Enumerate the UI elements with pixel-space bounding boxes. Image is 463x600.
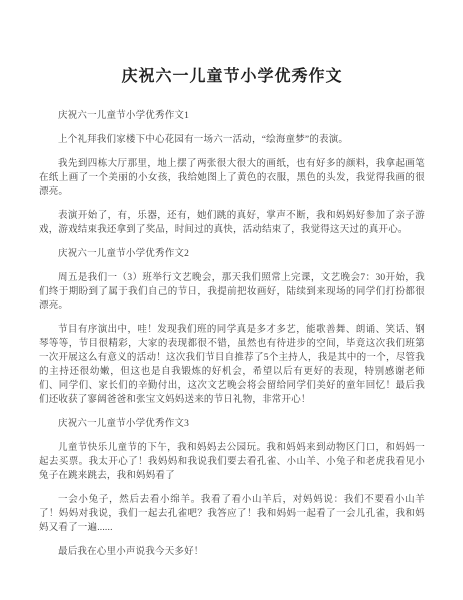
section-heading: 庆祝六一儿童节小学优秀作文3 [39, 417, 425, 431]
essay-section-2: 庆祝六一儿童节小学优秀作文2 周五是我们一（3）班举行文艺晚会，那天我们照常上完… [39, 247, 425, 407]
essay-section-3: 庆祝六一儿童节小学优秀作文3 儿童节快乐儿童节的下午，我和妈妈去公园玩。我和妈妈… [39, 417, 425, 559]
section-heading: 庆祝六一儿童节小学优秀作文1 [39, 109, 425, 123]
document-page: 庆祝六一儿童节小学优秀作文 庆祝六一儿童节小学优秀作文1 上个礼拜我们家楼下中心… [0, 0, 463, 600]
paragraph: 周五是我们一（3）班举行文艺晚会，那天我们照常上完课，文艺晚会7：30开始，我们… [39, 271, 425, 313]
paragraph: 上个礼拜我们家楼下中心花园有一场六一活动，“绘海童梦”的表演。 [39, 133, 425, 147]
paragraph: 最后我在心里小声说我今天多好！ [39, 545, 425, 559]
paragraph: 儿童节快乐儿童节的下午，我和妈妈去公园玩。我和妈妈来到动物区门口，和妈妈一起去买… [39, 441, 425, 483]
paragraph: 一会小兔子，然后去看小绵羊。我看了看小山羊后，对妈妈说：我们不要看小山羊了！妈妈… [39, 493, 425, 535]
page-title: 庆祝六一儿童节小学优秀作文 [39, 66, 425, 88]
paragraph: 节目有序演出中，哇！发现我们班的同学真是多才多艺，能歌善舞、朗诵、笑话、钢琴等等… [39, 323, 425, 407]
section-heading: 庆祝六一儿童节小学优秀作文2 [39, 247, 425, 261]
paragraph: 我先到四栋大厅那里，地上摆了两张很大很大的画纸，也有好多的颜料，我拿起画笔在纸上… [39, 157, 425, 199]
essay-section-1: 庆祝六一儿童节小学优秀作文1 上个礼拜我们家楼下中心花园有一场六一活动，“绘海童… [39, 109, 425, 237]
paragraph: 表演开始了，有，乐器，还有，她们跳的真好，掌声不断，我和妈妈好参加了亲子游戏，游… [39, 209, 425, 237]
